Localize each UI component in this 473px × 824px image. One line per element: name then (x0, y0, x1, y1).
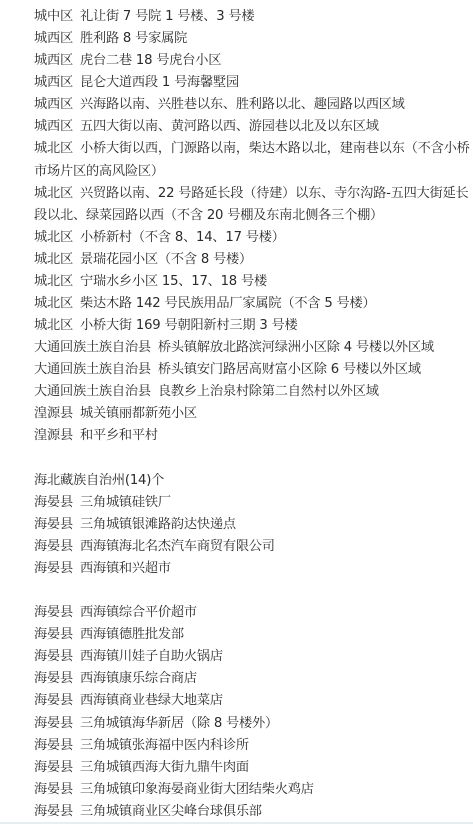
location-text: 宁瑞水乡小区 15、17、18 号楼 (80, 274, 267, 289)
list-item: 海晏县三角城镇张海福中医内科诊所 (34, 735, 464, 757)
location-text: 三角城镇商业区尖峰台球俱乐部 (80, 804, 262, 819)
location-text: 良教乡上治泉村除第二自然村以外区域 (158, 384, 379, 399)
region-label: 城北区 (34, 296, 73, 311)
list-item: 城北区景瑞花园小区（不含 8 号楼） (34, 249, 464, 271)
location-text: 三角城镇张海福中医内科诊所 (80, 738, 249, 753)
location-text: 桥头镇安门路居高财富小区除 6 号楼以外区域 (158, 362, 421, 377)
list-item: 海晏县西海镇商业巷绿大地菜店 (34, 690, 464, 712)
location-text: 虎台二巷 18 号虎台小区 (80, 53, 221, 68)
location-text-continued: 段以北、绿菜园路以西（不含 20 号棚及东南北侧各三个棚） (34, 208, 383, 223)
region-label: 海晏县 (34, 804, 73, 819)
list-item: 海晏县西海镇德胜批发部 (34, 624, 464, 646)
location-text-continued: 市场片区的高风险区） (34, 164, 164, 179)
region-label: 城中区 (34, 9, 73, 24)
list-item: 城中区礼让街 7 号院 1 号楼、3 号楼 (34, 6, 464, 28)
region-label: 城北区 (34, 318, 73, 333)
region-label: 城西区 (34, 97, 73, 112)
location-text: 兴海路以南、兴胜巷以东、胜利路以北、趣园路以西区域 (80, 97, 405, 112)
location-text: 小桥大街 169 号朝阳新村三期 3 号楼 (80, 318, 298, 333)
region-label: 湟源县 (34, 406, 73, 421)
location-text: 小桥大街以西，门源路以南，柴达木路以北，建南巷以东（不含小桥 (80, 141, 470, 156)
spacer (34, 448, 464, 470)
region-label: 城北区 (34, 141, 73, 156)
location-text: 三角城镇银滩路韵达快递点 (80, 517, 236, 532)
region-label: 海晏县 (34, 649, 73, 664)
location-text: 西海镇海北名杰汽车商贸有限公司 (80, 539, 275, 554)
location-text: 礼让街 7 号院 1 号楼、3 号楼 (80, 9, 254, 24)
region-label: 海晏县 (34, 738, 73, 753)
location-text: 柴达木路 142 号民族用品厂家属院（不含 5 号楼） (80, 296, 376, 311)
location-text: 三角城镇印象海晏商业街大团结柴火鸡店 (80, 782, 314, 797)
location-text: 西海镇德胜批发部 (80, 627, 184, 642)
region-label: 海晏县 (34, 495, 73, 510)
list-item: 海晏县三角城镇硅铁厂 (34, 492, 464, 514)
region-label: 海晏县 (34, 605, 73, 620)
location-text: 昆仑大道西段 1 号海馨墅园 (80, 75, 239, 90)
location-text: 西海镇和兴超市 (80, 561, 171, 576)
region-label: 城西区 (34, 31, 73, 46)
list-item: 城北区小桥新村（不含 8、14、17 号楼） (34, 227, 464, 249)
region-label: 海晏县 (34, 627, 73, 642)
list-item: 海晏县三角城镇印象海晏商业街大团结柴火鸡店 (34, 779, 464, 801)
region-label: 城北区 (34, 274, 73, 289)
location-text: 西海镇川娃子自助火锅店 (80, 649, 223, 664)
section-heading: 海北藏族自治州(14)个 (34, 470, 464, 492)
region-label: 城北区 (34, 230, 73, 245)
region-label: 大通回族土族自治县 (34, 340, 151, 355)
list-item: 海晏县西海镇和兴超市 (34, 558, 464, 580)
list-item: 城西区兴海路以南、兴胜巷以东、胜利路以北、趣园路以西区域 (34, 94, 464, 116)
list-item: 海晏县西海镇海北名杰汽车商贸有限公司 (34, 536, 464, 558)
list-item: 城北区小桥大街 169 号朝阳新村三期 3 号楼 (34, 315, 464, 337)
region-label: 城西区 (34, 75, 73, 90)
list-item: 海晏县三角城镇商业区尖峰台球俱乐部 (34, 801, 464, 823)
section-haibei: 海北藏族自治州(14)个 海晏县三角城镇硅铁厂 海晏县三角城镇银滩路韵达快递点 … (34, 470, 464, 823)
region-label: 海晏县 (34, 693, 73, 708)
location-text: 五四大街以南、黄河路以西、游园巷以北及以东区域 (80, 119, 379, 134)
list-item: 海晏县三角城镇海华新居（除 8 号楼外） (34, 713, 464, 735)
region-label: 海晏县 (34, 539, 73, 554)
region-label: 海晏县 (34, 760, 73, 775)
region-label: 海晏县 (34, 782, 73, 797)
location-text: 西海镇综合平价超市 (80, 605, 197, 620)
list-item: 城西区胜利路 8 号家属院 (34, 28, 464, 50)
region-label: 海晏县 (34, 561, 73, 576)
list-item: 城北区宁瑞水乡小区 15、17、18 号楼 (34, 271, 464, 293)
location-text: 三角城镇硅铁厂 (80, 495, 171, 510)
location-text: 和平乡和平村 (80, 428, 158, 443)
list-item: 湟源县和平乡和平村 (34, 425, 464, 447)
region-label: 大通回族土族自治县 (34, 384, 151, 399)
region-label: 海晏县 (34, 716, 73, 731)
list-item: 海晏县西海镇康乐综合商店 (34, 668, 464, 690)
location-text: 三角城镇西海大街九鼎牛肉面 (80, 760, 249, 775)
list-item: 大通回族土族自治县桥头镇安门路居高财富小区除 6 号楼以外区域 (34, 359, 464, 381)
list-item: 海晏县三角城镇西海大街九鼎牛肉面 (34, 757, 464, 779)
location-text: 小桥新村（不含 8、14、17 号楼） (80, 230, 285, 245)
region-label: 城西区 (34, 119, 73, 134)
list-item: 海晏县西海镇川娃子自助火锅店 (34, 646, 464, 668)
region-label: 城北区 (34, 186, 73, 201)
region-label: 大通回族土族自治县 (34, 362, 151, 377)
list-item: 城北区兴贸路以南、22 号路延长段（待建）以东、寺尔沟路-五四大街延长 段以北、… (34, 183, 464, 227)
location-text: 城关镇丽都新苑小区 (80, 406, 197, 421)
spacer (34, 580, 464, 602)
location-text: 西海镇康乐综合商店 (80, 671, 197, 686)
list-item: 城北区小桥大街以西，门源路以南，柴达木路以北，建南巷以东（不含小桥 市场片区的高… (34, 138, 464, 182)
list-item: 城北区柴达木路 142 号民族用品厂家属院（不含 5 号楼） (34, 293, 464, 315)
location-text: 西海镇商业巷绿大地菜店 (80, 693, 223, 708)
region-label: 海晏县 (34, 671, 73, 686)
list-item: 大通回族土族自治县桥头镇解放北路滨河绿洲小区除 4 号楼以外区域 (34, 337, 464, 359)
list-item: 海晏县三角城镇银滩路韵达快递点 (34, 514, 464, 536)
list-item: 城西区虎台二巷 18 号虎台小区 (34, 50, 464, 72)
list-item: 海晏县西海镇综合平价超市 (34, 602, 464, 624)
location-text: 桥头镇解放北路滨河绿洲小区除 4 号楼以外区域 (158, 340, 434, 355)
region-label: 城北区 (34, 252, 73, 267)
section-xining-list: 城中区礼让街 7 号院 1 号楼、3 号楼 城西区胜利路 8 号家属院 城西区虎… (34, 6, 464, 448)
document-body: 城中区礼让街 7 号院 1 号楼、3 号楼 城西区胜利路 8 号家属院 城西区虎… (34, 6, 464, 823)
list-item: 湟源县城关镇丽都新苑小区 (34, 403, 464, 425)
location-text: 景瑞花园小区（不含 8 号楼） (80, 252, 252, 267)
location-text: 三角城镇海华新居（除 8 号楼外） (80, 716, 278, 731)
list-item: 城西区五四大街以南、黄河路以西、游园巷以北及以东区域 (34, 116, 464, 138)
region-label: 湟源县 (34, 428, 73, 443)
list-item: 大通回族土族自治县良教乡上治泉村除第二自然村以外区域 (34, 381, 464, 403)
location-text: 兴贸路以南、22 号路延长段（待建）以东、寺尔沟路-五四大街延长 (80, 186, 469, 201)
location-text: 胜利路 8 号家属院 (80, 31, 187, 46)
region-label: 城西区 (34, 53, 73, 68)
list-item: 城西区昆仑大道西段 1 号海馨墅园 (34, 72, 464, 94)
region-label: 海晏县 (34, 517, 73, 532)
